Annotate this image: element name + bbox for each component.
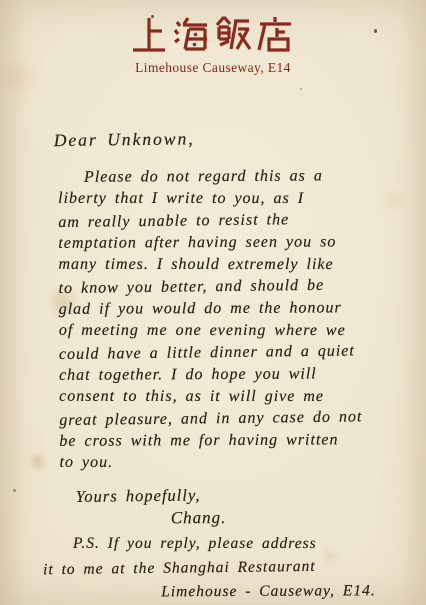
letter-page: Limehouse Causeway, E14 Dear Unknown, Pl… [0,0,426,605]
letter-line: temptation after having seen you so [58,231,401,255]
restaurant-header: Limehouse Causeway, E14 [0,15,426,76]
paper-speck [151,15,154,18]
postscript-line: it to me at the Shanghai Restaurant [43,556,403,579]
letter-greeting: Dear Unknown, [54,124,401,152]
letter-line: Please do not regard this as a [84,165,401,189]
paper-speck [13,489,16,492]
letter-line: of meeting me one evening where we [59,320,402,342]
paper-speck [300,88,302,90]
letter-line: could have a little dinner and a quiet [59,340,402,366]
postscript-line: P.S. If you reply, please address [73,534,403,553]
letter-line: liberty that I write to you, as I [58,188,401,210]
restaurant-address: Limehouse Causeway, E14 [0,60,426,76]
letter-line: many times. I should extremely like [58,254,401,276]
letter-line: be cross with me for having written [59,429,402,453]
postscript-line: Limehouse - Causeway, E14. [161,581,403,601]
letter-line: glad if you would do me the honour [59,297,402,321]
letter-line: to know you better, and should be [58,274,401,300]
handwritten-letter: Dear Unknown, Please do not regard this … [41,125,403,602]
letter-line: chat together. I do hope you will [59,363,402,387]
restaurant-name-chinese [129,15,297,55]
letter-line: great pleasure, and in any case do not [59,406,402,432]
paper-speck [374,29,377,33]
letter-line: am really unable to resist the [58,208,401,234]
letter-signature: Chang. [171,505,403,529]
letter-closing: Yours hopefully, [76,481,403,508]
letter-line: consent to this, as it will give me [59,386,402,408]
letter-line: to you. [60,452,403,474]
